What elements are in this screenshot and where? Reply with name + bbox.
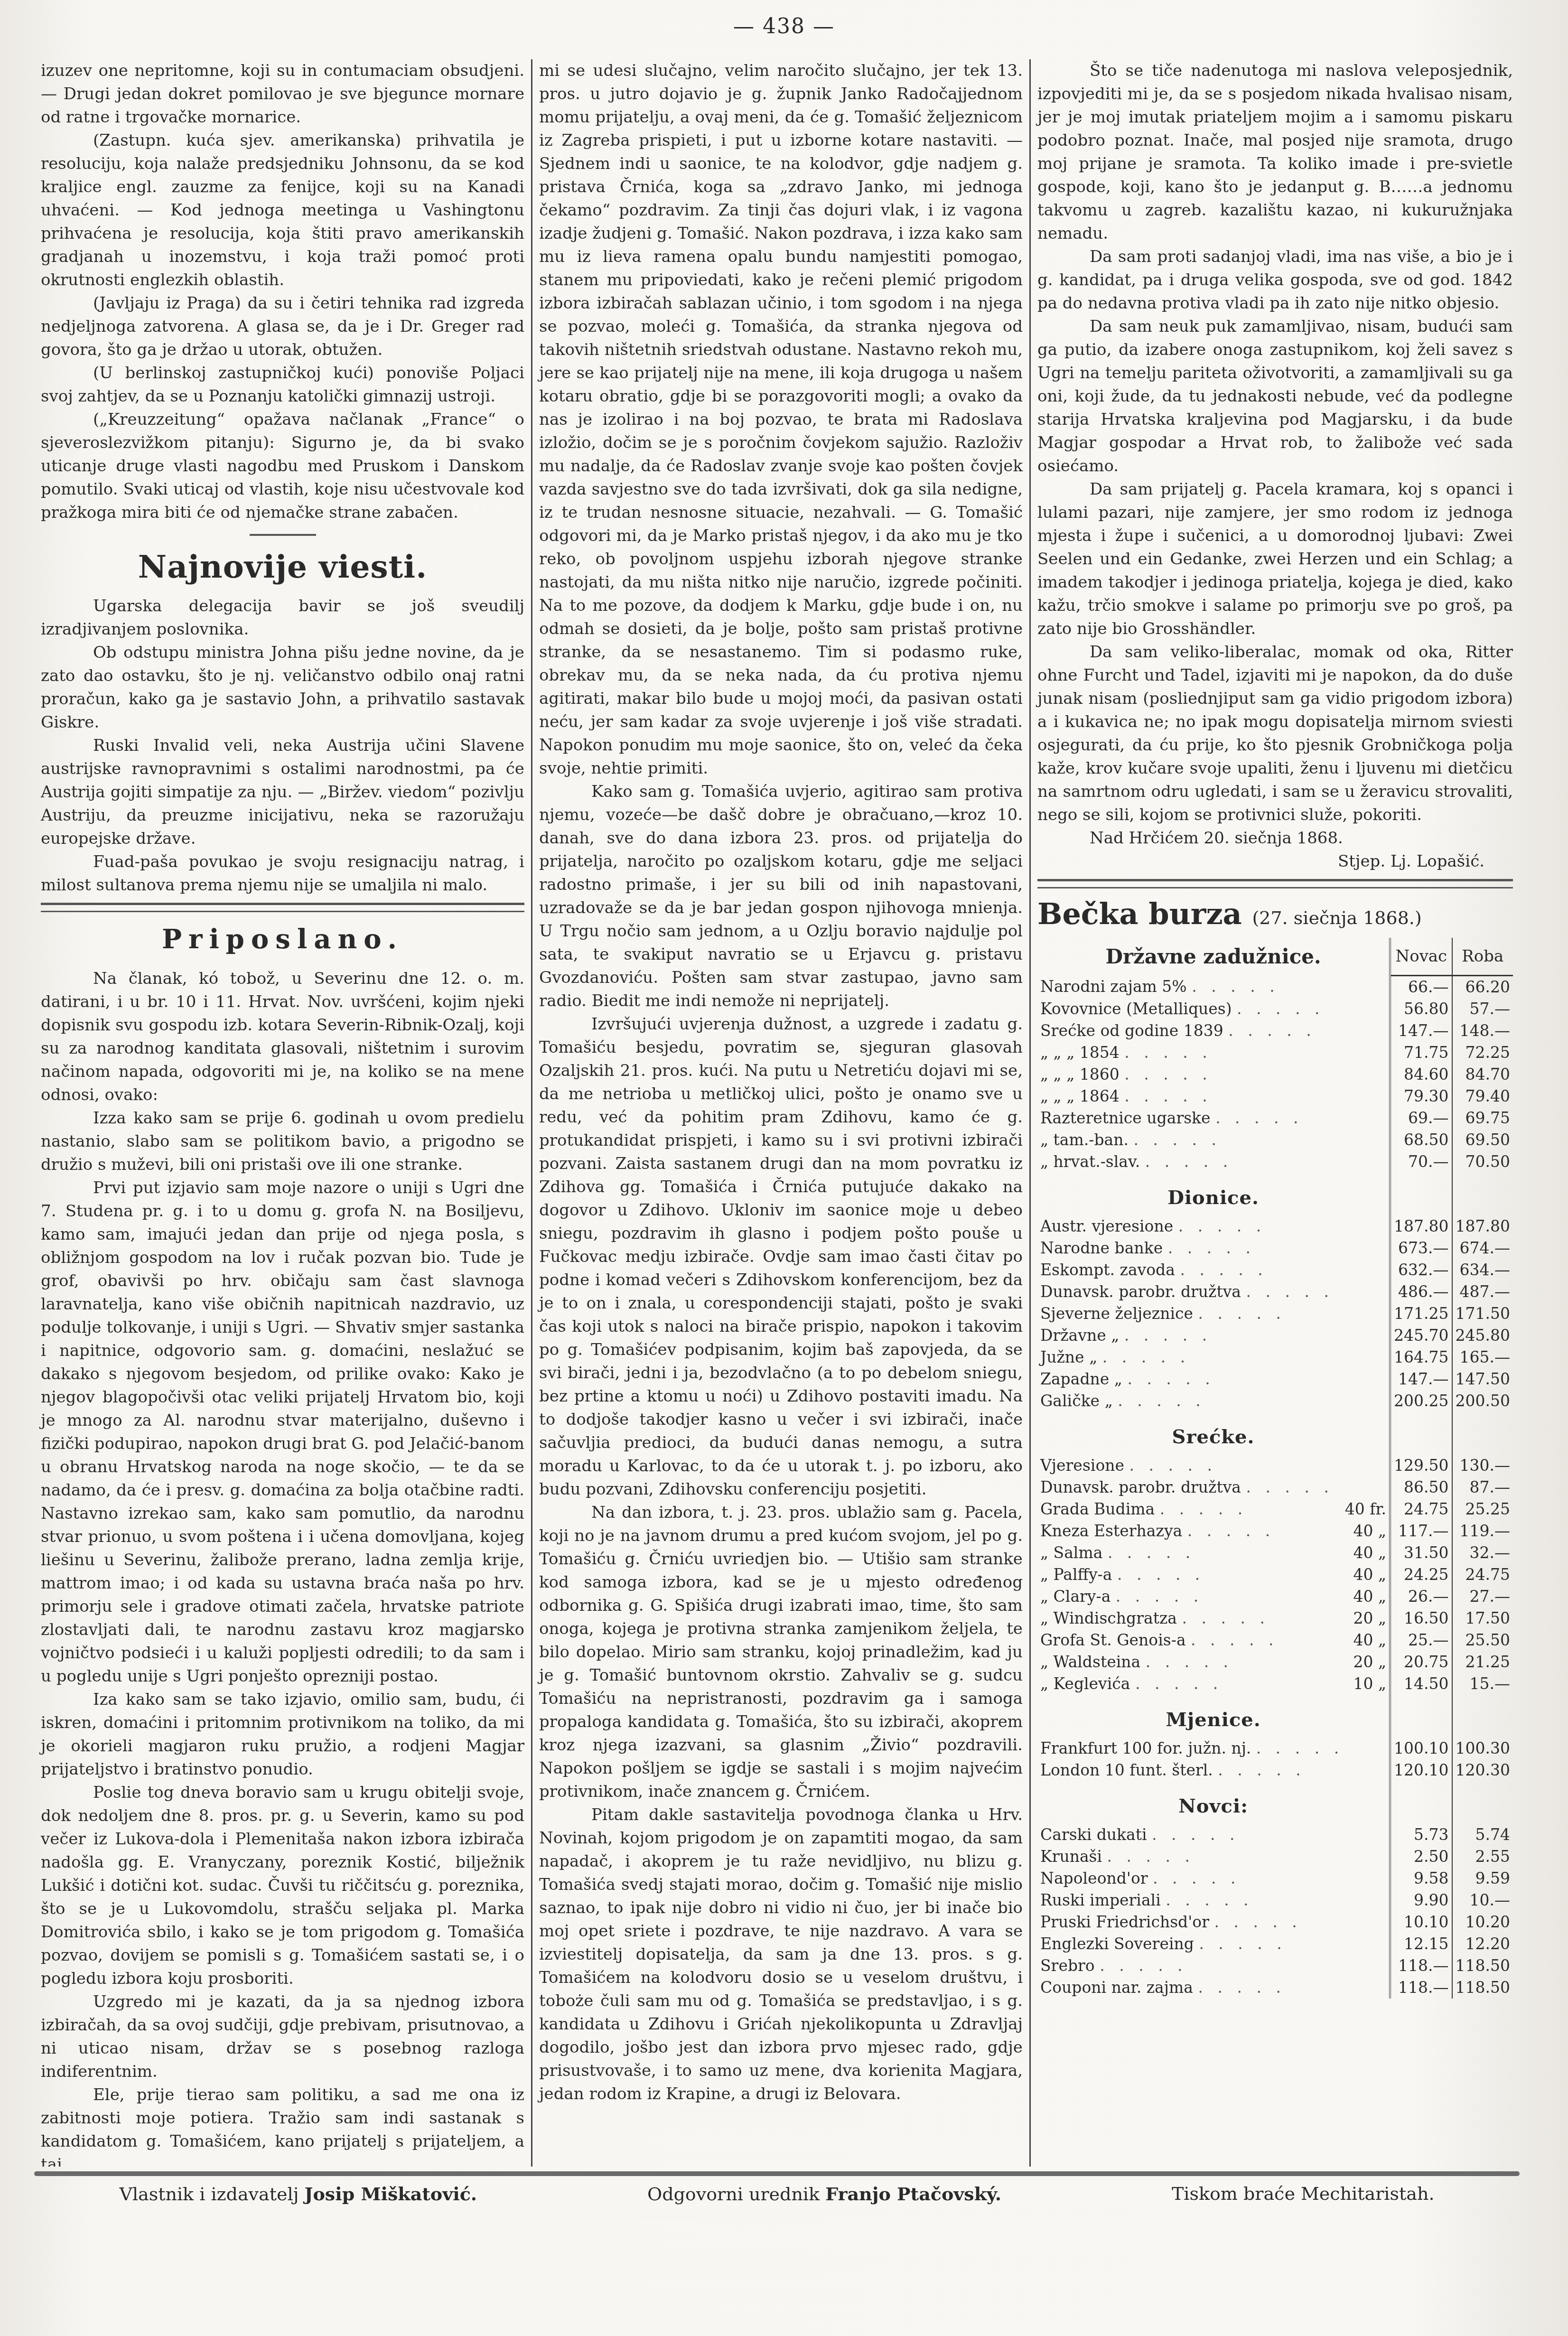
section-title: Novci: bbox=[1037, 1781, 1390, 1824]
paragraph: („Kreuzzeitung“ opažava načlanak „France… bbox=[41, 408, 524, 524]
table-row: Ruski imperiali . . . . .9.9010.— bbox=[1037, 1889, 1513, 1911]
novac-value: 245.70 bbox=[1390, 1325, 1452, 1346]
first-section-title: Državne zadužnice. bbox=[1037, 938, 1390, 976]
security-name: Zapadne „ . . . . . bbox=[1037, 1368, 1390, 1390]
table-row: „ „ „ 1854 . . . . .71.7572.25 bbox=[1037, 1042, 1513, 1064]
stock-exchange-table: Državne zadužnice. Novac Roba Narodni za… bbox=[1037, 938, 1513, 1999]
table-row: Austr. vjeresione . . . . .187.80187.80 bbox=[1037, 1215, 1513, 1237]
novac-value: 10.10 bbox=[1390, 1911, 1452, 1933]
security-name: Kneza Esterhazya . . . . .40 „ bbox=[1037, 1520, 1390, 1542]
burza-heading: Bečka burza (27. siečnja 1868.) bbox=[1037, 894, 1513, 938]
table-row: Carski dukati . . . . .5.735.74 bbox=[1037, 1824, 1513, 1846]
table-row: Vjeresione . . . . .129.50130.— bbox=[1037, 1455, 1513, 1476]
roba-value: 200.50 bbox=[1452, 1390, 1513, 1412]
roba-value: 118.50 bbox=[1452, 1955, 1513, 1977]
paragraph: Izvršujući uvjerenja dužnost, a uzgrede … bbox=[539, 1013, 1023, 1501]
table-row: „ Palffy-a . . . . .40 „24.2524.75 bbox=[1037, 1564, 1513, 1586]
novac-value: 200.25 bbox=[1390, 1390, 1452, 1412]
table-row: Srebro . . . . .118.—118.50 bbox=[1037, 1955, 1513, 1977]
roba-value: 120.30 bbox=[1452, 1759, 1513, 1781]
table-row: Sjeverne željeznice . . . . .171.25171.5… bbox=[1037, 1303, 1513, 1325]
security-name: Narodni zajam 5% . . . . . bbox=[1037, 976, 1390, 999]
roba-value: 171.50 bbox=[1452, 1303, 1513, 1325]
security-name: Narodne banke . . . . . bbox=[1037, 1237, 1390, 1259]
signature: Stjep. Lj. Lopašić. bbox=[1037, 850, 1513, 873]
novac-value: 164.75 bbox=[1390, 1346, 1452, 1368]
table-row: Krunaši . . . . .2.502.55 bbox=[1037, 1846, 1513, 1868]
table-row: Galičke „ . . . . .200.25200.50 bbox=[1037, 1390, 1513, 1412]
table-row: Grada Budima . . . . .40 fr.24.7525.25 bbox=[1037, 1498, 1513, 1520]
roba-value: 15.— bbox=[1452, 1673, 1513, 1695]
security-name: Razteretnice ugarske . . . . . bbox=[1037, 1107, 1390, 1129]
roba-value: 32.— bbox=[1452, 1542, 1513, 1564]
paragraph: Prvi put izjavio sam moje nazore o uniji… bbox=[41, 1177, 524, 1688]
paragraph: (Javljaju iz Praga) da su i četiri tehni… bbox=[41, 292, 524, 362]
column-2: mi se udesi slučajno, velim naročito slu… bbox=[532, 59, 1031, 2167]
security-name: Kovovnice (Metalliques) . . . . . bbox=[1037, 998, 1390, 1020]
security-name: Galičke „ . . . . . bbox=[1037, 1390, 1390, 1412]
priposlano-section: Na članak, kó tobož, u Severinu dne 12. … bbox=[41, 967, 524, 2167]
novac-value: 86.50 bbox=[1390, 1476, 1452, 1498]
novac-value: 26.— bbox=[1390, 1586, 1452, 1607]
stock-table-body: Narodni zajam 5% . . . . .66.—66.20Kovov… bbox=[1037, 976, 1513, 1999]
security-name: Frankfurt 100 for. južn. nj. . . . . . bbox=[1037, 1738, 1390, 1759]
table-row: Frankfurt 100 for. južn. nj. . . . . .10… bbox=[1037, 1738, 1513, 1759]
footer: Vlastnik i izdavatelj Josip Miškatović. … bbox=[34, 2183, 1520, 2205]
novac-value: 117.— bbox=[1390, 1520, 1452, 1542]
burza-rule bbox=[1037, 879, 1513, 888]
column-header-roba: Roba bbox=[1452, 938, 1513, 976]
roba-value: 119.— bbox=[1452, 1520, 1513, 1542]
page-number: — 438 — bbox=[0, 14, 1568, 38]
roba-value: 66.20 bbox=[1452, 976, 1513, 999]
section-heading-row: Novci: bbox=[1037, 1781, 1513, 1824]
paragraph: Pitam dakle sastavitelja povodnoga člank… bbox=[539, 1803, 1023, 2106]
novac-value: 673.— bbox=[1390, 1237, 1452, 1259]
roba-value: 21.25 bbox=[1452, 1651, 1513, 1673]
novac-value: 100.10 bbox=[1390, 1738, 1452, 1759]
roba-value: 148.— bbox=[1452, 1020, 1513, 1042]
security-name: „ Windischgratza . . . . .20 „ bbox=[1037, 1607, 1390, 1629]
paragraph: Ruski Invalid veli, neka Austrija učini … bbox=[41, 734, 524, 850]
table-row: Dunavsk. parobr. družtva . . . . .486.—4… bbox=[1037, 1281, 1513, 1303]
table-row: Dunavsk. parobr. družtva . . . . .86.508… bbox=[1037, 1476, 1513, 1498]
roba-value: 79.40 bbox=[1452, 1085, 1513, 1107]
security-name: Carski dukati . . . . . bbox=[1037, 1824, 1390, 1846]
novac-value: 5.73 bbox=[1390, 1824, 1452, 1846]
roba-value: 25.50 bbox=[1452, 1629, 1513, 1651]
table-row: Narodne banke . . . . .673.—674.— bbox=[1037, 1237, 1513, 1259]
novac-value: 14.50 bbox=[1390, 1673, 1452, 1695]
article-continuation: mi se udesi slučajno, velim naročito slu… bbox=[539, 59, 1023, 2106]
roba-value: 84.70 bbox=[1452, 1064, 1513, 1085]
columns: izuzev one nepritomne, koji su in contum… bbox=[34, 59, 1520, 2167]
paragraph: Što se tiče nadenutoga mi naslova velepo… bbox=[1037, 59, 1513, 245]
table-row: Srećke od godine 1839 . . . . .147.—148.… bbox=[1037, 1020, 1513, 1042]
table-row: „ tam.-ban. . . . . .68.5069.50 bbox=[1037, 1129, 1513, 1151]
roba-value: 24.75 bbox=[1452, 1564, 1513, 1586]
table-row: „ Clary-a . . . . .40 „26.—27.— bbox=[1037, 1586, 1513, 1607]
roba-value: 9.59 bbox=[1452, 1868, 1513, 1889]
novac-value: 24.25 bbox=[1390, 1564, 1452, 1586]
security-name: „ „ „ 1864 . . . . . bbox=[1037, 1085, 1390, 1107]
roba-value: 100.30 bbox=[1452, 1738, 1513, 1759]
novac-value: 84.60 bbox=[1390, 1064, 1452, 1085]
security-name: „ Palffy-a . . . . .40 „ bbox=[1037, 1564, 1390, 1586]
security-name: „ „ „ 1860 . . . . . bbox=[1037, 1064, 1390, 1085]
table-row: Eskompt. zavoda . . . . .632.—634.— bbox=[1037, 1259, 1513, 1281]
paragraph: Ele, prije tieraо sam politiku, a sad me… bbox=[41, 2084, 524, 2167]
table-row: Grofa St. Genois-a . . . . .40 „25.—25.5… bbox=[1037, 1629, 1513, 1651]
novac-value: 118.— bbox=[1390, 1955, 1452, 1977]
newspaper-page: — 438 — izuzev one nepritomne, koji su i… bbox=[0, 0, 1568, 2336]
roba-value: 70.50 bbox=[1452, 1151, 1513, 1173]
security-name: Napoleond'or . . . . . bbox=[1037, 1868, 1390, 1889]
paragraph: (U berlinskoj zastupničkoj kući) ponoviš… bbox=[41, 362, 524, 408]
security-name: „ tam.-ban. . . . . . bbox=[1037, 1129, 1390, 1151]
table-row: Državne „ . . . . .245.70245.80 bbox=[1037, 1325, 1513, 1346]
table-row: London 10 funt. šterl. . . . . .120.1012… bbox=[1037, 1759, 1513, 1781]
table-row: „ Salma . . . . .40 „31.5032.— bbox=[1037, 1542, 1513, 1564]
section-heading-row: Dionice. bbox=[1037, 1173, 1513, 1215]
table-row: „ Waldsteina . . . . .20 „20.7521.25 bbox=[1037, 1651, 1513, 1673]
table-row: „ hrvat.-slav. . . . . .70.—70.50 bbox=[1037, 1151, 1513, 1173]
roba-value: 130.— bbox=[1452, 1455, 1513, 1476]
novac-value: 129.50 bbox=[1390, 1455, 1452, 1476]
roba-value: 69.50 bbox=[1452, 1129, 1513, 1151]
footer-rule bbox=[34, 2171, 1520, 2176]
table-row: Englezki Sovereing . . . . .12.1512.20 bbox=[1037, 1933, 1513, 1955]
latest-news-section: Ugarska delegacija bavir se još sveudilj… bbox=[41, 595, 524, 897]
paragraph: izuzev one nepritomne, koji su in contum… bbox=[41, 59, 524, 129]
section-heading-row: Srećke. bbox=[1037, 1412, 1513, 1455]
paragraph: Na članak, kó tobož, u Severinu dne 12. … bbox=[41, 967, 524, 1107]
roba-value: 57.— bbox=[1452, 998, 1513, 1020]
separator bbox=[250, 534, 316, 536]
section-title: Srećke. bbox=[1037, 1412, 1390, 1455]
printer: Tiskom braće Mechitaristah. bbox=[1172, 2183, 1435, 2205]
roba-value: 12.20 bbox=[1452, 1933, 1513, 1955]
table-row: Couponi nar. zajma . . . . .118.—118.50 bbox=[1037, 1977, 1513, 1999]
roba-value: 10.— bbox=[1452, 1889, 1513, 1911]
novac-value: 66.— bbox=[1390, 976, 1452, 999]
paragraph: Da sam neuk puk zamamljivao, nisam, budu… bbox=[1037, 315, 1513, 478]
paragraph: Ob odstupu ministra Johna pišu jedne nov… bbox=[41, 641, 524, 734]
security-name: Vjeresione . . . . . bbox=[1037, 1455, 1390, 1476]
roba-value: 10.20 bbox=[1452, 1911, 1513, 1933]
security-name: „ „ „ 1854 . . . . . bbox=[1037, 1042, 1390, 1064]
paragraph: Izza kako sam se prije 6. godinah u ovom… bbox=[41, 1107, 524, 1177]
novac-value: 118.— bbox=[1390, 1977, 1452, 1999]
novac-value: 25.— bbox=[1390, 1629, 1452, 1651]
paragraph: Da sam veliko-liberalac, momak od oka, R… bbox=[1037, 641, 1513, 827]
novac-value: 9.58 bbox=[1390, 1868, 1452, 1889]
table-row: Kovovnice (Metalliques) . . . . .56.8057… bbox=[1037, 998, 1513, 1020]
place-date: Nad Hrčićem 20. siečnja 1868. bbox=[1037, 827, 1513, 850]
table-row: Narodni zajam 5% . . . . .66.—66.20 bbox=[1037, 976, 1513, 999]
column-header-novac: Novac bbox=[1390, 938, 1452, 976]
novac-value: 171.25 bbox=[1390, 1303, 1452, 1325]
table-row: Razteretnice ugarske . . . . .69.—69.75 bbox=[1037, 1107, 1513, 1129]
paragraph: Na dan izbora, t. j. 23. pros. ublažio s… bbox=[539, 1501, 1023, 1803]
security-name: London 10 funt. šterl. . . . . . bbox=[1037, 1759, 1390, 1781]
novac-value: 486.— bbox=[1390, 1281, 1452, 1303]
novac-value: 632.— bbox=[1390, 1259, 1452, 1281]
column-3: Što se tiče nadenutoga mi naslova velepo… bbox=[1031, 59, 1520, 2167]
security-name: Državne „ . . . . . bbox=[1037, 1325, 1390, 1346]
table-row: Kneza Esterhazya . . . . .40 „117.—119.— bbox=[1037, 1520, 1513, 1542]
security-name: Grofa St. Genois-a . . . . .40 „ bbox=[1037, 1629, 1390, 1651]
roba-value: 69.75 bbox=[1452, 1107, 1513, 1129]
novac-value: 24.75 bbox=[1390, 1498, 1452, 1520]
table-row: „ Windischgratza . . . . .20 „16.5017.50 bbox=[1037, 1607, 1513, 1629]
novac-value: 120.10 bbox=[1390, 1759, 1452, 1781]
security-name: Sjeverne željeznice . . . . . bbox=[1037, 1303, 1390, 1325]
security-name: Dunavsk. parobr. družtva . . . . . bbox=[1037, 1281, 1390, 1303]
security-name: „ Waldsteina . . . . .20 „ bbox=[1037, 1651, 1390, 1673]
article-ending: Što se tiče nadenutoga mi naslova velepo… bbox=[1037, 59, 1513, 827]
burza-title: Bečka burza bbox=[1037, 897, 1242, 931]
table-row: Južne „ . . . . .164.75165.— bbox=[1037, 1346, 1513, 1368]
paragraph: Ugarska delegacija bavir se još sveudilj… bbox=[41, 595, 524, 641]
roba-value: 147.50 bbox=[1452, 1368, 1513, 1390]
paragraph: Fuad-paša povukao je svoju resignaciju n… bbox=[41, 850, 524, 897]
security-name: „ Keglevića . . . . .10 „ bbox=[1037, 1673, 1390, 1695]
table-row: Zapadne „ . . . . .147.—147.50 bbox=[1037, 1368, 1513, 1390]
section-rule bbox=[41, 903, 524, 912]
novac-value: 16.50 bbox=[1390, 1607, 1452, 1629]
security-name: Ruski imperiali . . . . . bbox=[1037, 1889, 1390, 1911]
novac-value: 79.30 bbox=[1390, 1085, 1452, 1107]
novac-value: 2.50 bbox=[1390, 1846, 1452, 1868]
roba-value: 72.25 bbox=[1452, 1042, 1513, 1064]
roba-value: 25.25 bbox=[1452, 1498, 1513, 1520]
security-name: Južne „ . . . . . bbox=[1037, 1346, 1390, 1368]
roba-value: 17.50 bbox=[1452, 1607, 1513, 1629]
novac-value: 70.— bbox=[1390, 1151, 1452, 1173]
paragraph: Kako sam g. Tomašića uvjerio, agitirao s… bbox=[539, 780, 1023, 1013]
column-1: izuzev one nepritomne, koji su in contum… bbox=[34, 59, 532, 2167]
roba-value: 674.— bbox=[1452, 1237, 1513, 1259]
table-row: Pruski Friedrichsd'or . . . . .10.1010.2… bbox=[1037, 1911, 1513, 1933]
paragraph: Uzgredo mi je kazati, da ja sa njednog i… bbox=[41, 1990, 524, 2084]
table-row: „ „ „ 1864 . . . . .79.3079.40 bbox=[1037, 1085, 1513, 1107]
section-heading-row: Mjenice. bbox=[1037, 1695, 1513, 1738]
novac-value: 56.80 bbox=[1390, 998, 1452, 1020]
roba-value: 634.— bbox=[1452, 1259, 1513, 1281]
novac-value: 69.— bbox=[1390, 1107, 1452, 1129]
section-title: Dionice. bbox=[1037, 1173, 1390, 1215]
security-name: Srebro . . . . . bbox=[1037, 1955, 1390, 1977]
section-title: Mjenice. bbox=[1037, 1695, 1390, 1738]
roba-value: 165.— bbox=[1452, 1346, 1513, 1368]
security-name: Englezki Sovereing . . . . . bbox=[1037, 1933, 1390, 1955]
security-name: Couponi nar. zajma . . . . . bbox=[1037, 1977, 1390, 1999]
paragraph: mi se udesi slučajno, velim naročito slu… bbox=[539, 59, 1023, 780]
security-name: Eskompt. zavoda . . . . . bbox=[1037, 1259, 1390, 1281]
news-section: izuzev one nepritomne, koji su in contum… bbox=[41, 59, 524, 524]
roba-value: 5.74 bbox=[1452, 1824, 1513, 1846]
novac-value: 20.75 bbox=[1390, 1651, 1452, 1673]
security-name: „ hrvat.-slav. . . . . . bbox=[1037, 1151, 1390, 1173]
paragraph: Da sam proti sadanjoj vladi, ima nas viš… bbox=[1037, 245, 1513, 315]
novac-value: 12.15 bbox=[1390, 1933, 1452, 1955]
security-name: Krunaši . . . . . bbox=[1037, 1846, 1390, 1868]
roba-value: 2.55 bbox=[1452, 1846, 1513, 1868]
roba-value: 87.— bbox=[1452, 1476, 1513, 1498]
paragraph: Iza kako sam se tako izjavio, omilio sam… bbox=[41, 1688, 524, 1781]
roba-value: 187.80 bbox=[1452, 1215, 1513, 1237]
table-row: „ Keglevića . . . . .10 „14.5015.— bbox=[1037, 1673, 1513, 1695]
security-name: Dunavsk. parobr. družtva . . . . . bbox=[1037, 1476, 1390, 1498]
security-name: Srećke od godine 1839 . . . . . bbox=[1037, 1020, 1390, 1042]
priposlano-heading: Priposlano. bbox=[41, 918, 524, 961]
paragraph: Da sam prijatelj g. Pacela kramara, koj … bbox=[1037, 478, 1513, 641]
table-row: „ „ „ 1860 . . . . .84.6084.70 bbox=[1037, 1064, 1513, 1085]
security-name: Pruski Friedrichsd'or . . . . . bbox=[1037, 1911, 1390, 1933]
novac-value: 147.— bbox=[1390, 1020, 1452, 1042]
security-name: Grada Budima . . . . .40 fr. bbox=[1037, 1498, 1390, 1520]
paragraph: Poslie tog dneva boravio sam u krugu obi… bbox=[41, 1781, 524, 1990]
roba-value: 487.— bbox=[1452, 1281, 1513, 1303]
novac-value: 31.50 bbox=[1390, 1542, 1452, 1564]
security-name: Austr. vjeresione . . . . . bbox=[1037, 1215, 1390, 1237]
novac-value: 68.50 bbox=[1390, 1129, 1452, 1151]
owner: Vlastnik i izdavatelj Josip Miškatović. bbox=[119, 2183, 477, 2205]
security-name: „ Clary-a . . . . .40 „ bbox=[1037, 1586, 1390, 1607]
najnovije-viesti-heading: Najnovije viesti. bbox=[41, 545, 524, 588]
roba-value: 245.80 bbox=[1452, 1325, 1513, 1346]
burza-date: (27. siečnja 1868.) bbox=[1252, 907, 1421, 928]
novac-value: 187.80 bbox=[1390, 1215, 1452, 1237]
editor: Odgovorni urednik Franjo Ptačovský. bbox=[647, 2183, 1001, 2205]
roba-value: 27.— bbox=[1452, 1586, 1513, 1607]
novac-value: 71.75 bbox=[1390, 1042, 1452, 1064]
table-row: Napoleond'or . . . . .9.589.59 bbox=[1037, 1868, 1513, 1889]
roba-value: 118.50 bbox=[1452, 1977, 1513, 1999]
novac-value: 9.90 bbox=[1390, 1889, 1452, 1911]
novac-value: 147.— bbox=[1390, 1368, 1452, 1390]
security-name: „ Salma . . . . .40 „ bbox=[1037, 1542, 1390, 1564]
paragraph: (Zastupn. kuća sjev. amerikanska) prihva… bbox=[41, 129, 524, 292]
